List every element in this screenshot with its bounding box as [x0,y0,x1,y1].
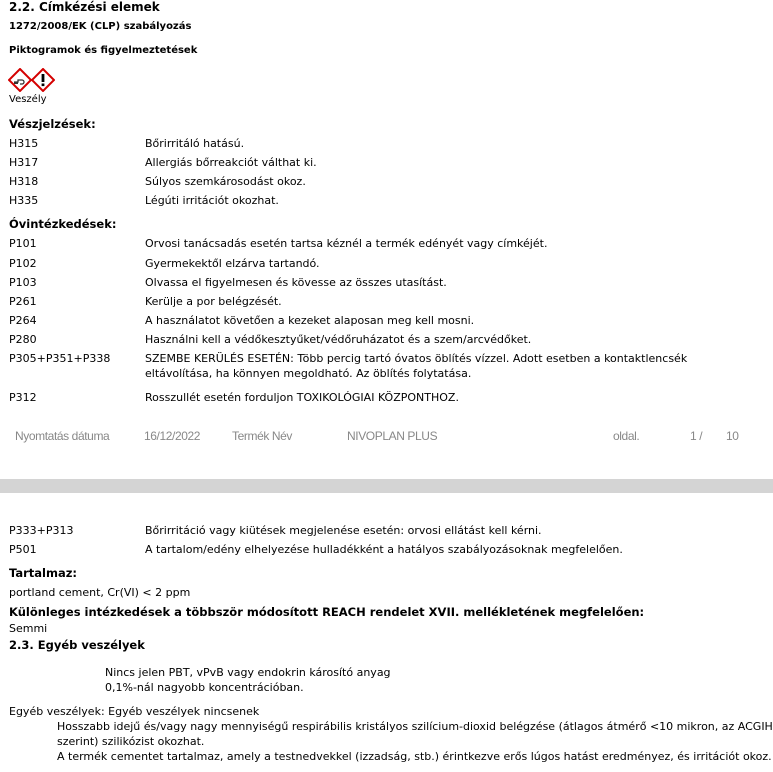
silica-line2: szerint) szilikózist okozhat. [57,734,773,749]
precaution-text: Orvosi tanácsadás esetén tartsa kéznél a… [145,236,547,251]
precaution-text: A tartalom/edény elhelyezése hulladékkén… [145,542,623,557]
precaution-code: P102 [9,257,37,270]
page-current: 1 / [690,429,702,443]
precaution-text-line2: eltávolítása, ha könnyen megoldható. Az … [145,366,471,381]
precaution-text: Kerülje a por belégzését. [145,294,282,309]
other-hazards-title: 2.3. Egyéb veszélyek [9,638,145,652]
page-separator [0,479,773,493]
print-date-label: Nyomtatás dátuma [15,429,109,443]
precaution-code: P501 [9,543,37,556]
hazard-heading: Vészjelzések: [9,117,96,131]
contains-text: portland cement, Cr(VI) < 2 ppm [9,586,190,599]
hazard-text: Allergiás bőrreakciót válthat ki. [145,155,317,170]
hazard-text: Súlyos szemkárosodást okoz. [145,174,306,189]
reach-text: Semmi [9,622,47,635]
hazard-code: H317 [9,156,38,169]
precaution-text: A használatot követően a kezeket alaposa… [145,313,474,328]
pbt-line1: Nincs jelen PBT, vPvB vagy endokrin káro… [105,665,391,680]
pbt-statement: Nincs jelen PBT, vPvB vagy endokrin káro… [105,665,391,695]
precaution-text: Használni kell a védőkesztyűket/védőruhá… [145,332,531,347]
pictograms-title: Piktogramok és figyelmeztetések [9,45,197,56]
section-title: 2.2. Címkézési elemek [9,0,160,14]
print-date: 16/12/2022 [144,429,200,443]
precaution-code: P103 [9,276,37,289]
regulation-subtitle: 1272/2008/EK (CLP) szabályozás [9,21,191,32]
product-name: NIVOPLAN PLUS [347,429,437,443]
precaution-code: P101 [9,237,37,250]
precaution-code: P261 [9,295,37,308]
precaution-code: P333+P313 [9,524,73,537]
precaution-heading: Óvintézkedések: [9,217,116,231]
exclamation-mark-icon [31,68,55,92]
signal-word: Veszély [9,94,47,105]
precaution-text: Gyermekektől elzárva tartandó. [145,256,320,271]
other-hazards-label: Egyéb veszélyek: Egyéb veszélyek nincsen… [9,705,259,718]
precaution-code: P312 [9,391,37,404]
hazard-code: H315 [9,137,38,150]
silica-warning: Hosszabb idejű és/vagy nagy mennyiségű r… [57,719,773,749]
hazard-text: Légúti irritációt okozhat. [145,193,279,208]
page-label: oldal. [613,429,639,443]
hazard-text: Bőrirritáló hatású. [145,136,244,151]
hazard-code: H335 [9,194,38,207]
contains-heading: Tartalmaz: [9,566,77,580]
precaution-text: Rosszullét esetén forduljon TOXIKOLÓGIAI… [145,390,459,405]
precaution-code: P280 [9,333,37,346]
precaution-text: Bőrirritáció vagy kiütések megjelenése e… [145,523,542,538]
precaution-text-line1: SZEMBE KERÜLÉS ESETÉN: Több percig tartó… [145,351,687,366]
precaution-code: P264 [9,314,37,327]
pbt-line2: 0,1%-nál nagyobb koncentrációban. [105,680,391,695]
product-name-label: Termék Név [232,429,292,443]
page-total: 10 [726,429,739,443]
precaution-code: P305+P351+P338 [9,352,110,365]
cement-warning: A termék cementet tartalmaz, amely a tes… [57,750,772,763]
precaution-text: Olvassa el figyelmesen és kövesse az öss… [145,275,447,290]
hazard-code: H318 [9,175,38,188]
silica-line1: Hosszabb idejű és/vagy nagy mennyiségű r… [57,719,773,734]
corrosion-hand-icon [8,68,32,92]
reach-heading: Különleges intézkedések a többször módos… [9,605,644,619]
